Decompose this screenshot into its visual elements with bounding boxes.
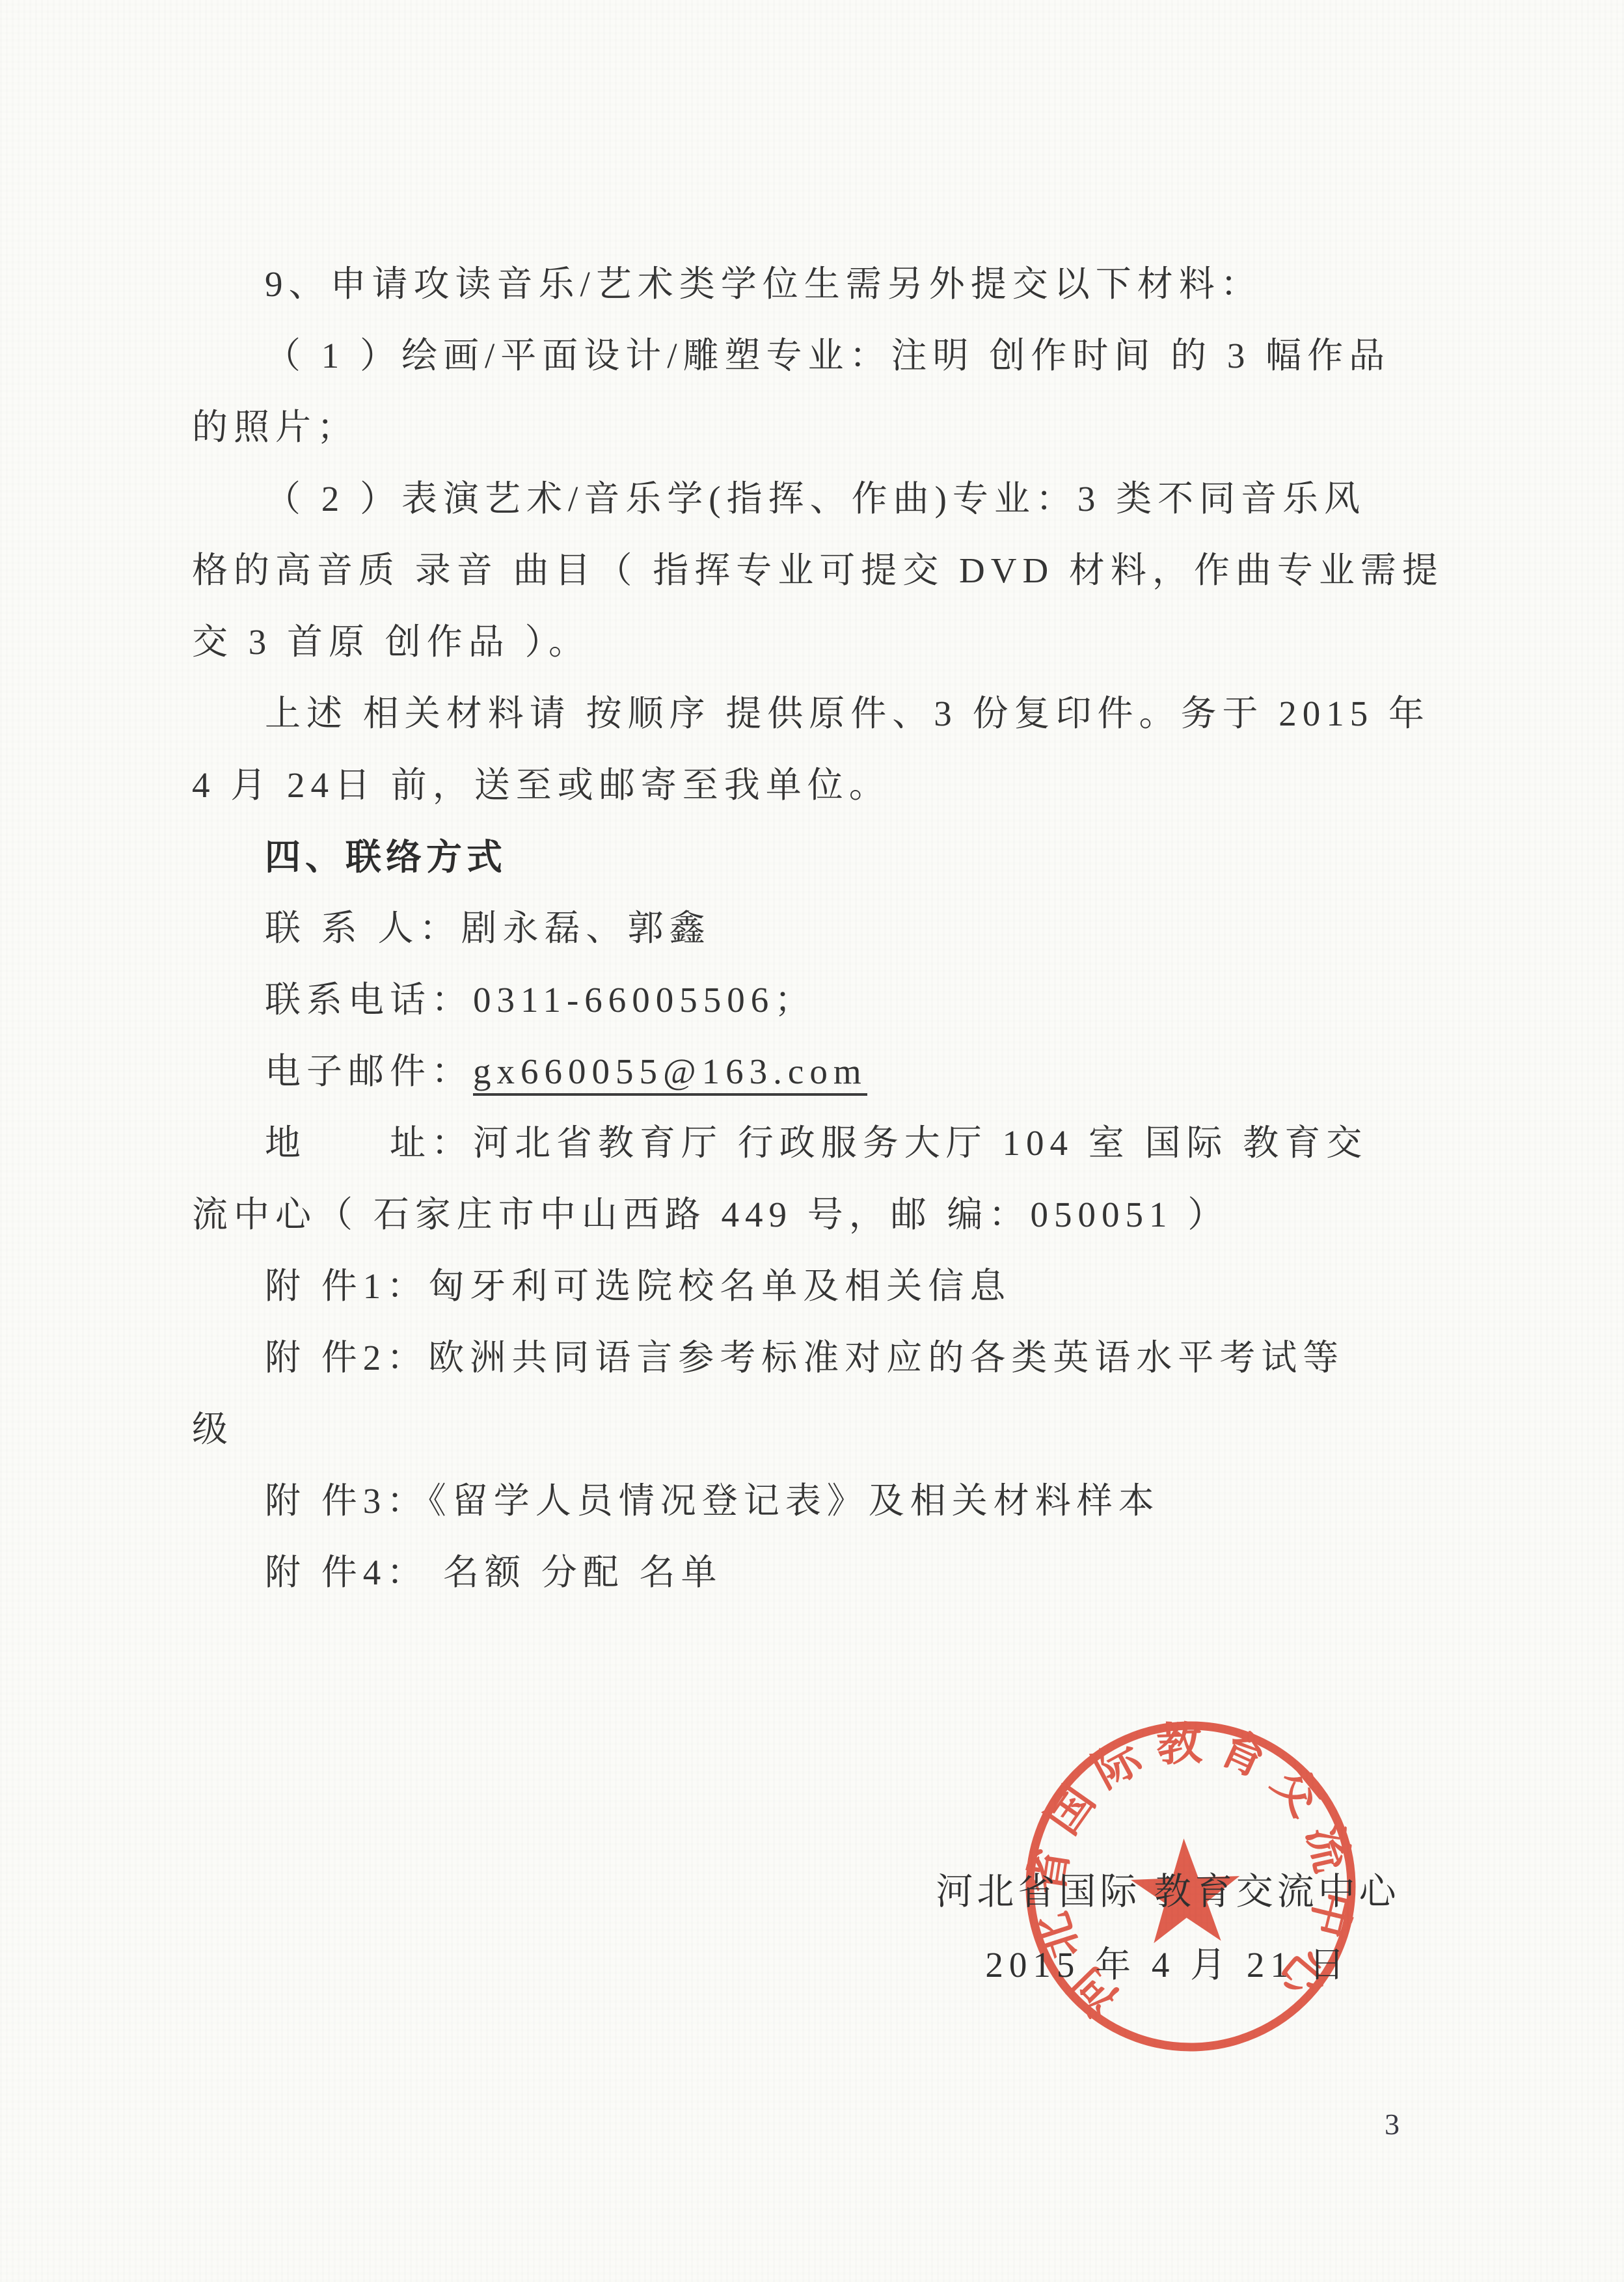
document-line: （ 1 ）绘画/平面设计/雕塑专业：注明 创作时间 的 3 幅作品 <box>192 320 1438 392</box>
contact-phone-line: 联系电话：0311-66005506； <box>192 964 1438 1036</box>
email-address: gx660055@163.com <box>473 1052 867 1096</box>
attachment-2-wrap-line: 级 <box>192 1394 1438 1465</box>
document-line: 上述 相关材料请 按顺序 提供原件、3 份复印件。务于 2015 年 <box>192 678 1438 750</box>
attachment-2-line: 附 件2：欧洲共同语言参考标准对应的各类英语水平考试等 <box>192 1322 1438 1394</box>
document-body: 9、申请攻读音乐/艺术类学位生需另外提交以下材料： （ 1 ）绘画/平面设计/雕… <box>192 249 1438 1609</box>
section-heading-contact: 四、联络方式 <box>192 821 1438 893</box>
scanned-document-page: 河北省国际教育交流中心 9、申请攻读音乐/艺术类学位生需另外提交以下材料： （ … <box>0 0 1624 2282</box>
document-line: 4 月 24日 前，送至或邮寄至我单位。 <box>192 750 1438 821</box>
contact-person-line: 联 系 人：剧永磊、郭鑫 <box>192 893 1438 964</box>
contact-email-line: 电子邮件：gx660055@163.com <box>192 1036 1438 1107</box>
document-line: 交 3 首原 创作品 ）。 <box>192 606 1438 678</box>
page-number: 3 <box>1385 2107 1400 2141</box>
document-line: （ 2 ）表演艺术/音乐学(指挥、作曲)专业：3 类不同音乐风 <box>192 463 1438 535</box>
signature-org-name: 河北省国际 教育交流中心 <box>904 1856 1431 1929</box>
signature-date: 2015 年 4 月 21 日 <box>904 1929 1431 2002</box>
contact-address-line: 地 址：河北省教育厅 行政服务大厅 104 室 国际 教育交 <box>192 1107 1438 1179</box>
contact-address-line-2: 流中心（ 石家庄市中山西路 449 号，邮 编：050051 ） <box>192 1179 1438 1251</box>
email-label: 电子邮件： <box>265 1052 473 1091</box>
attachment-1-line: 附 件1：匈牙利可选院校名单及相关信息 <box>192 1251 1438 1322</box>
attachment-4-line: 附 件4： 名额 分配 名单 <box>192 1537 1438 1609</box>
signature-block: 河北省国际 教育交流中心 2015 年 4 月 21 日 <box>904 1856 1431 2002</box>
attachment-3-line: 附 件3：《留学人员情况登记表》及相关材料样本 <box>192 1465 1438 1537</box>
document-line: 的照片； <box>192 392 1438 463</box>
document-line: 格的高音质 录音 曲目（ 指挥专业可提交 DVD 材料，作曲专业需提 <box>192 535 1438 606</box>
document-line: 9、申请攻读音乐/艺术类学位生需另外提交以下材料： <box>192 249 1438 320</box>
